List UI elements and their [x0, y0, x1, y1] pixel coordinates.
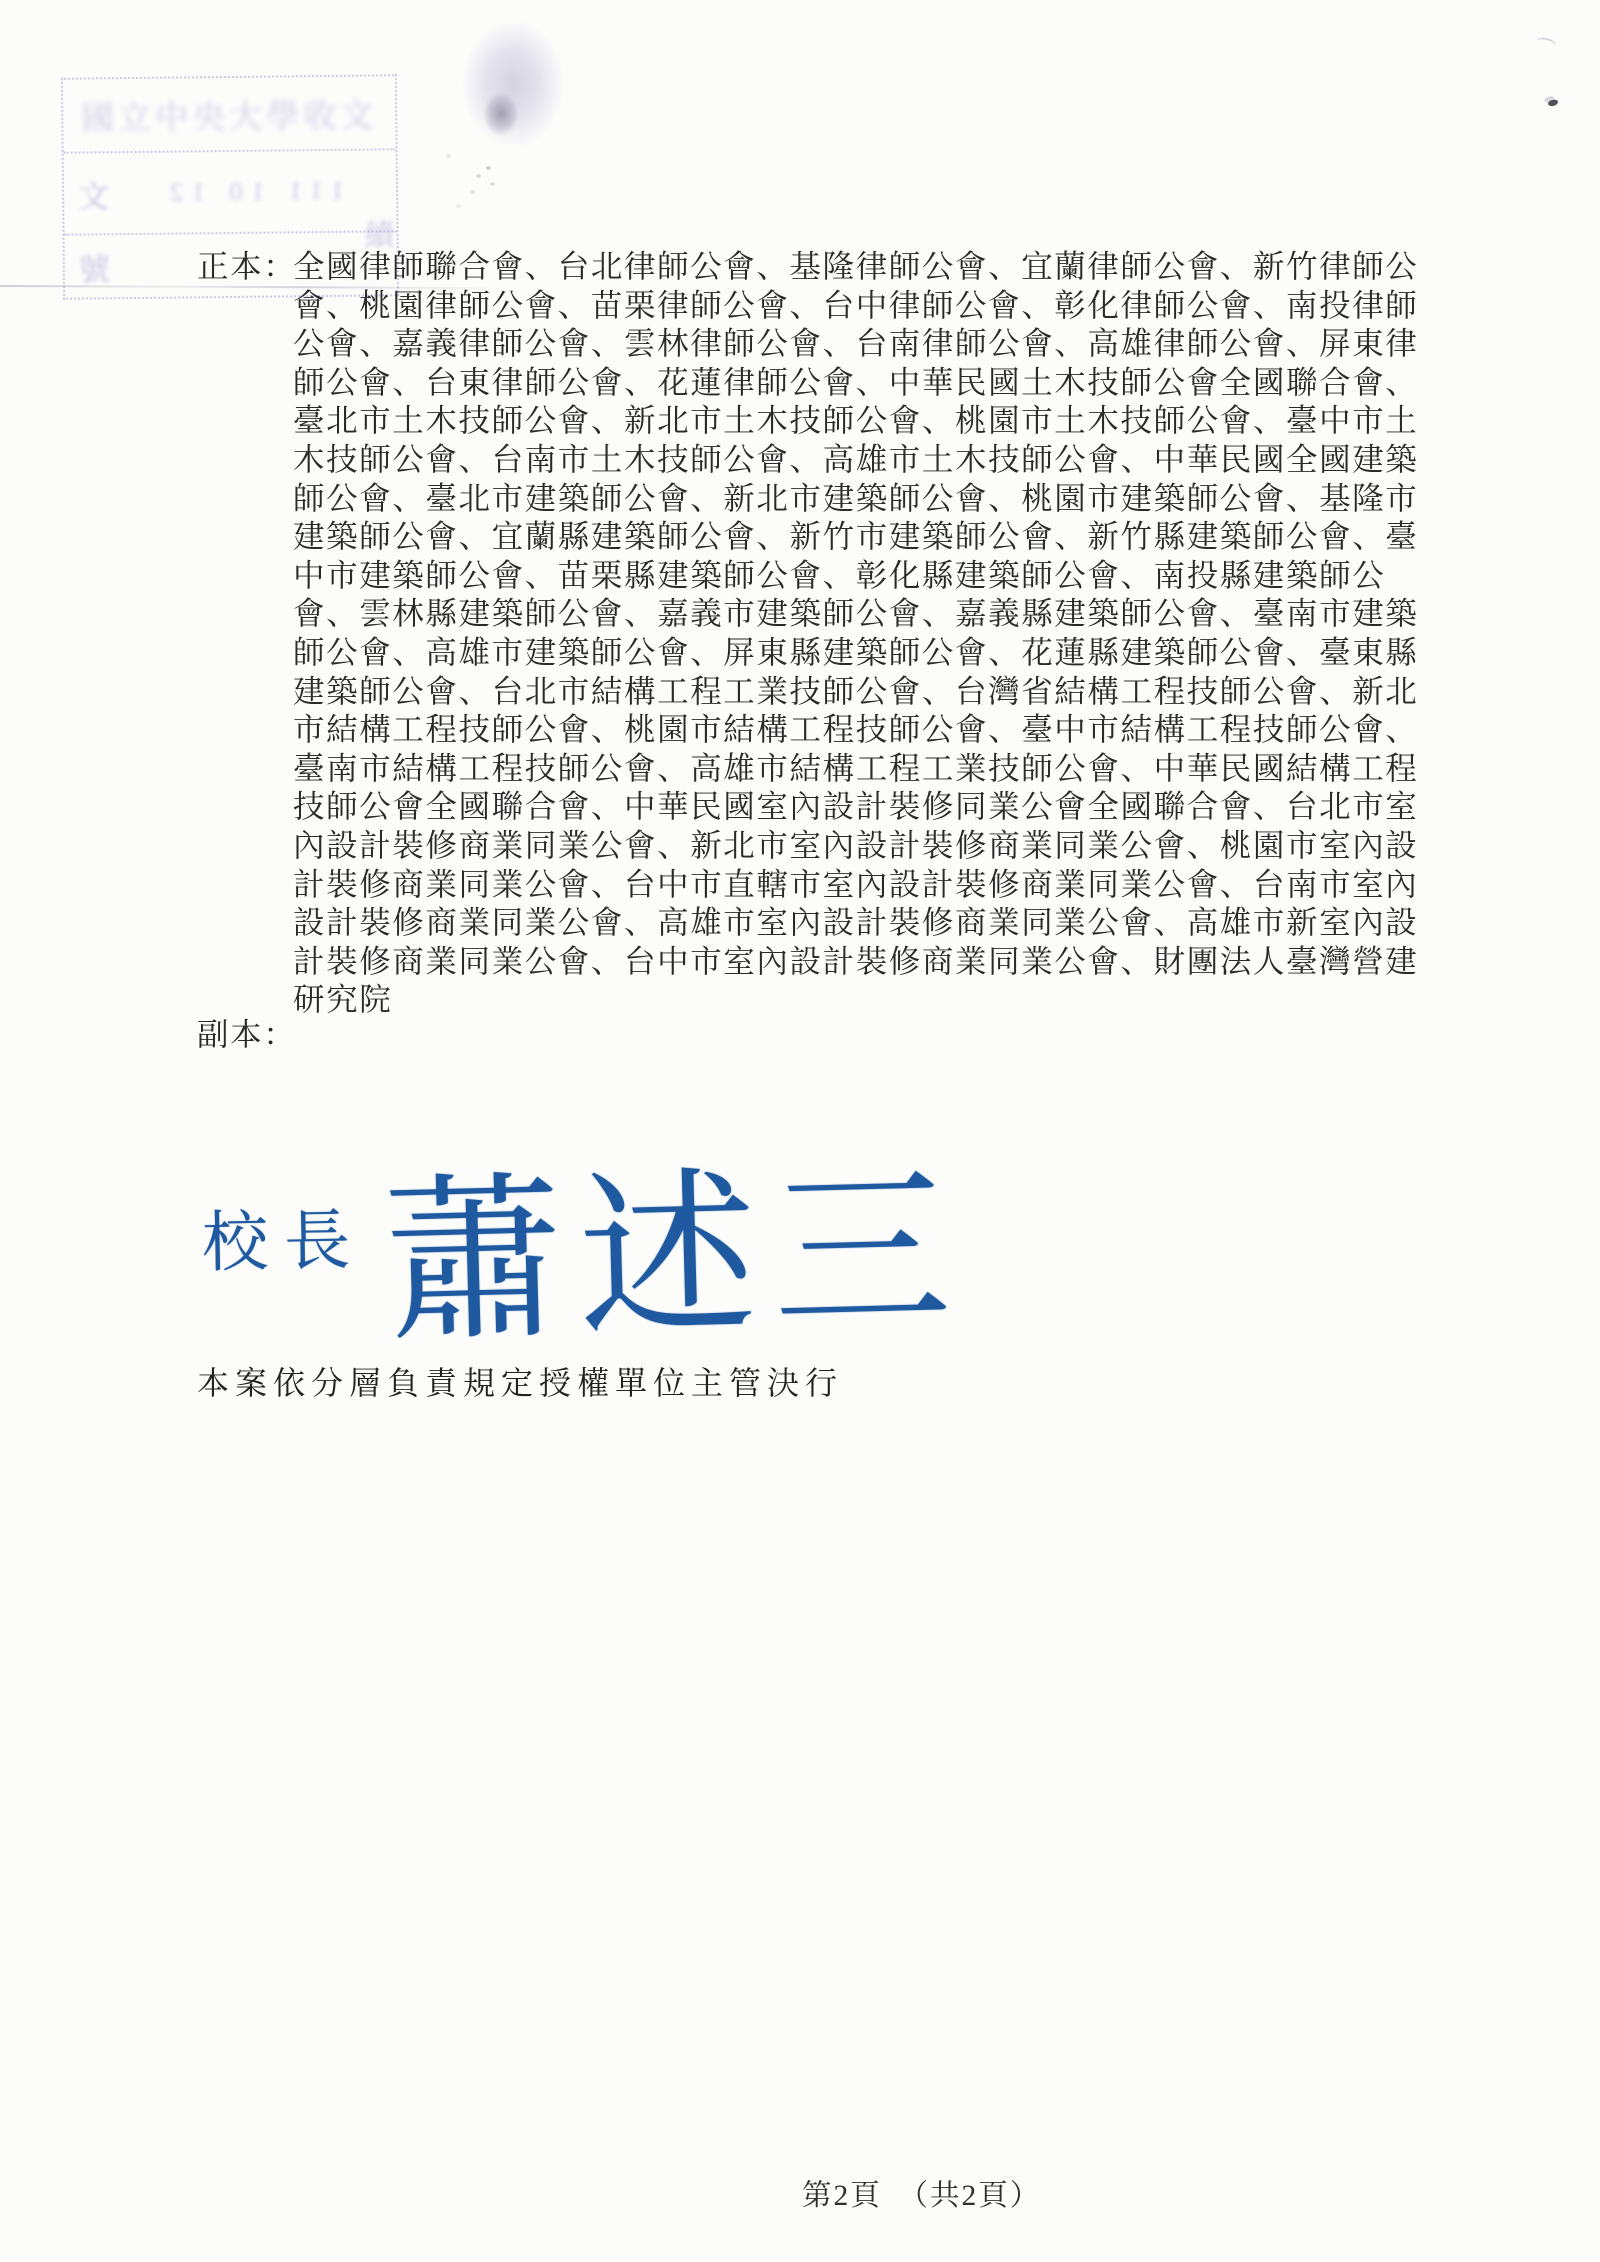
scan-artifact-squiggle: [1535, 36, 1557, 52]
scan-artifact-speck: [1548, 99, 1559, 107]
page-number-footer: 第2頁 （共2頁）: [802, 2172, 1041, 2214]
recipients-line: 中市建築師公會、苗栗縣建築師公會、彰化縣建築師公會、南投縣建築師公: [293, 557, 1467, 596]
recipients-line: 研究院: [293, 981, 1467, 1020]
recipients-line: 技師公會全國聯合會、中華民國室內設計裝修同業公會全國聯合會、台北市室: [293, 788, 1467, 827]
stamp-row-date: 文 111 10 12: [64, 150, 397, 235]
recipients-line: 建築師公會、台北市結構工程工業技師公會、台灣省結構工程技師公會、新北: [293, 673, 1467, 712]
recipients-line: 師公會、高雄市建築師公會、屏東縣建築師公會、花蓮縣建築師公會、臺東縣: [293, 634, 1467, 673]
recipients-line: 師公會、臺北市建築師公會、新北市建築師公會、桃園市建築師公會、基隆市: [293, 480, 1467, 519]
recipients-label: 正本：: [197, 248, 296, 287]
recipients-line: 師公會、台東律師公會、花蓮律師公會、中華民國土木技師公會全國聯合會、: [293, 364, 1467, 403]
recipients-line: 計裝修商業同業公會、台中市室內設計裝修商業同業公會、財團法人臺灣營建: [293, 943, 1467, 982]
stamp-date-digits: 111 10 12: [109, 175, 396, 208]
ink-blot-core: [483, 92, 519, 136]
recipients-line: 會、雲林縣建築師公會、嘉義市建築師公會、嘉義縣建築師公會、臺南市建築: [293, 595, 1467, 634]
recipients-line: 公會、嘉義律師公會、雲林律師公會、台南律師公會、高雄律師公會、屏東律: [293, 325, 1467, 364]
recipients-line: 建築師公會、宜蘭縣建築師公會、新竹市建築師公會、新竹縣建築師公會、臺: [293, 518, 1467, 557]
stamp-label-hao: 號: [79, 244, 110, 289]
stamp-label-wen: 文: [78, 171, 109, 216]
scanned-document-page: 國立中央大學收文 文 111 10 12 號 續 正本： 全國律師聯合會、台北律…: [0, 0, 1600, 2262]
recipients-line: 會、桃園律師公會、苗栗律師公會、台中律師公會、彰化律師公會、南投律師: [293, 287, 1467, 326]
recipients-line: 內設計裝修商業同業公會、新北市室內設計裝修商業同業公會、桃園市室內設: [293, 827, 1467, 866]
recipients-lines: 全國律師聯合會、台北律師公會、基隆律師公會、宜蘭律師公會、新竹律師公 會、桃園律…: [293, 248, 1467, 1020]
recipients-line: 設計裝修商業同業公會、高雄市室內設計裝修商業同業公會、高雄市新室內設: [293, 904, 1467, 943]
signature-name: 蕭述三: [381, 1104, 970, 1375]
recipients-line: 木技師公會、台南市土木技師公會、高雄市土木技師公會、中華民國全國建築: [293, 441, 1467, 480]
recipients-line: 計裝修商業同業公會、台中市直轄市室內設計裝修商業同業公會、台南市室內: [293, 866, 1467, 905]
ink-blot-speckles: [486, 166, 491, 170]
stamp-institution-text: 國立中央大學收文: [81, 89, 377, 139]
signature-title: 校長: [201, 1187, 367, 1285]
delegation-note: 本案依分層負責規定授權單位主管決行: [197, 1358, 843, 1404]
stamp-row-institution: 國立中央大學收文: [63, 76, 396, 153]
recipients-block: 正本： 全國律師聯合會、台北律師公會、基隆律師公會、宜蘭律師公會、新竹律師公 會…: [197, 248, 1467, 1020]
recipients-line: 臺南市結構工程技師公會、高雄市結構工程工業技師公會、中華民國結構工程: [293, 750, 1467, 789]
recipients-line: 臺北市土木技師公會、新北市土木技師公會、桃園市土木技師公會、臺中市土: [293, 402, 1467, 441]
recipients-line: 市結構工程技師公會、桃園市結構工程技師公會、臺中市結構工程技師公會、: [293, 711, 1467, 750]
recipients-line: 全國律師聯合會、台北律師公會、基隆律師公會、宜蘭律師公會、新竹律師公: [293, 248, 1467, 287]
copy-label: 副本：: [197, 1016, 296, 1055]
